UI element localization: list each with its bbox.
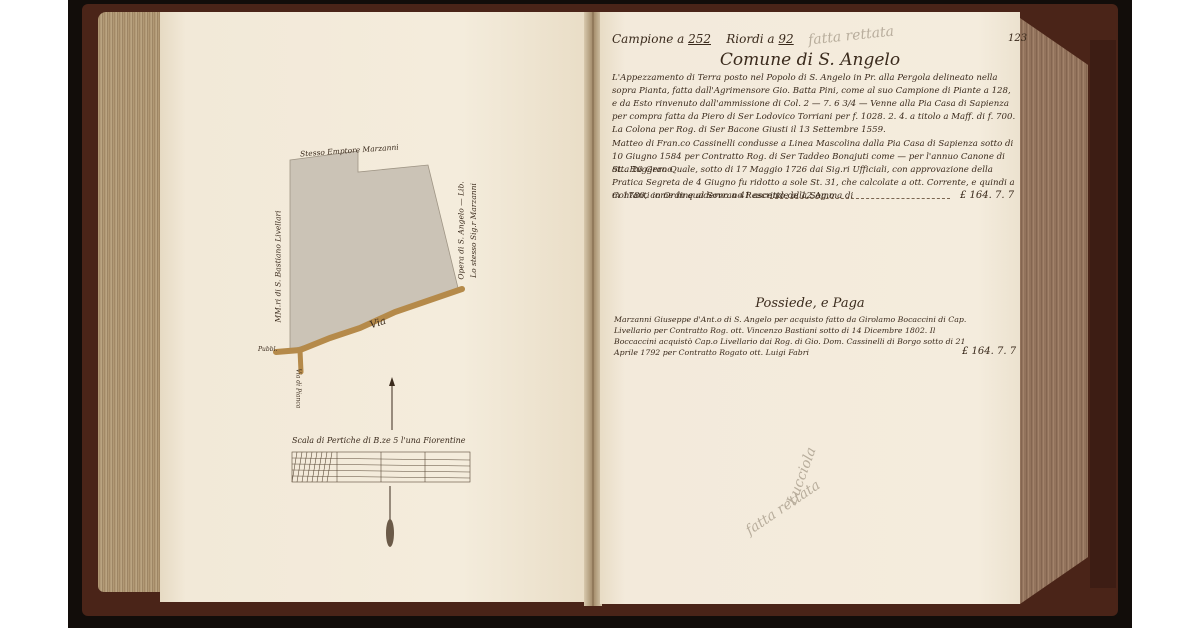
- paragraph-4: m 1780, come in quaderno a 41 ascende al…: [612, 190, 932, 203]
- paragraph-1: L'Appezzamento di Terra posto nel Popolo…: [612, 72, 1017, 137]
- scale-bar: [292, 452, 470, 482]
- dotted-rule: [770, 198, 950, 199]
- header-campione: Campione a 252 Riordi a 92: [612, 32, 794, 46]
- section-title: Possiede, e Paga: [600, 296, 1020, 311]
- page-title: Comune di S. Angelo: [600, 50, 1020, 70]
- page-number: 123: [1008, 33, 1027, 44]
- map-label-west: MM.ri di S. Bastiano Livellari: [274, 210, 283, 322]
- entry-amount: £ 164. 7. 7: [962, 346, 1016, 357]
- scale-title: Scala di Pertiche di B.ze 5 l'una Fioren…: [292, 436, 466, 445]
- map-label-road-west: Pubbl.: [258, 346, 277, 353]
- total-amount-1: £ 164. 7. 7: [960, 190, 1014, 201]
- map-label-road-south: Via di Pianca: [294, 369, 301, 409]
- north-arrow-icon: [389, 377, 395, 386]
- map-label-east-2: Lo stesso Sig.r Marzanni: [469, 183, 478, 278]
- compass-needle-icon: [386, 519, 394, 547]
- entry-text: Marzanni Giuseppe d'Ant.o di S. Angelo p…: [614, 314, 974, 358]
- map-label-east: Opera di S. Angelo — Lib.: [457, 181, 466, 279]
- parcel-map: [0, 0, 1200, 628]
